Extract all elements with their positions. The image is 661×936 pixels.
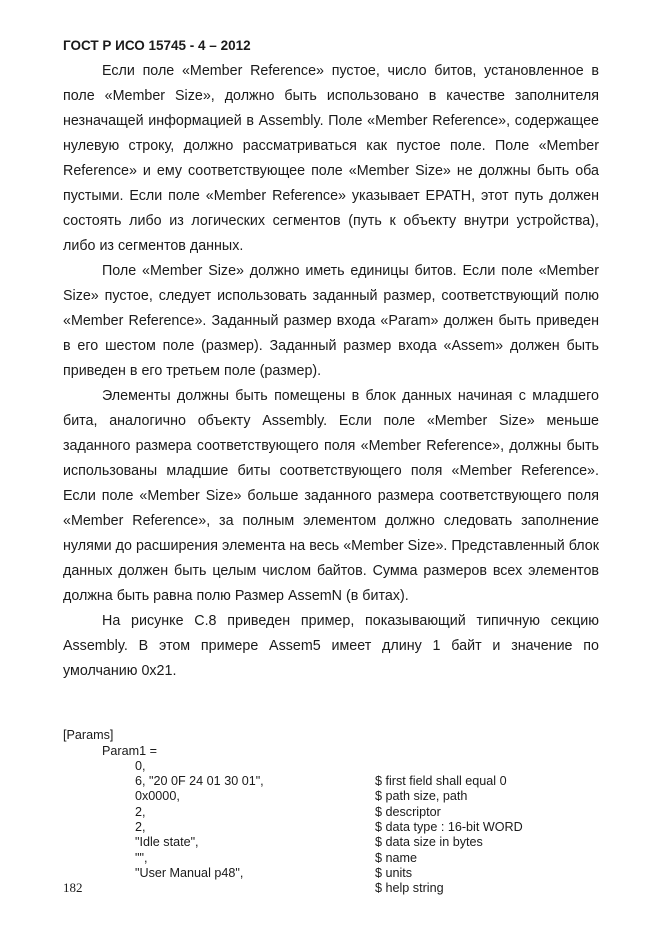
code-comment: $ data size in bytes — [375, 835, 483, 850]
paragraph-example: На рисунке С.8 приведен пример, показыва… — [63, 609, 599, 684]
code-value: 0, — [135, 759, 146, 774]
code-line: 2, $ data size in bytes — [63, 805, 77, 820]
code-comment: $ help string — [375, 881, 444, 896]
code-value: 2, — [135, 820, 146, 835]
paragraph-member-reference: Если поле «Member Reference» пустое, чис… — [63, 59, 599, 259]
code-comment: $ data type : 16-bit WORD — [375, 820, 523, 835]
code-line: "User Manual p48", $ help string — [63, 851, 77, 866]
page-number: 182 — [63, 880, 83, 896]
code-line: 6, "20 0F 24 01 30 01", $ path size, pat… — [63, 759, 77, 774]
code-entry-line: Param1 = — [63, 728, 77, 743]
code-line: 0x0000, $ descriptor — [63, 774, 77, 789]
body-text: Если поле «Member Reference» пустое, чис… — [63, 59, 599, 684]
code-example: [Params] Param1 = 0, $ first field shall… — [63, 713, 77, 866]
code-line: 2, $ data type : 16-bit WORD — [63, 789, 77, 804]
code-line: "Idle state", $ name — [63, 820, 77, 835]
code-comment: $ name — [375, 851, 417, 866]
code-comment: $ first field shall equal 0 — [375, 774, 507, 789]
code-value: "", — [135, 851, 147, 866]
code-comment: $ descriptor — [375, 805, 441, 820]
code-line: "", $ units — [63, 835, 77, 850]
document-header: ГОСТ Р ИСО 15745 - 4 – 2012 — [63, 38, 251, 53]
code-comment: $ path size, path — [375, 789, 467, 804]
code-value: 2, — [135, 805, 146, 820]
code-value: "User Manual p48", — [135, 866, 243, 881]
code-section-line: [Params] — [63, 713, 77, 728]
code-entry: Param1 = — [102, 744, 157, 759]
paragraph-elements: Элементы должны быть помещены в блок дан… — [63, 384, 599, 609]
code-comment: $ units — [375, 866, 412, 881]
code-line: 0, $ first field shall equal 0 — [63, 744, 77, 759]
code-value: 6, "20 0F 24 01 30 01", — [135, 774, 264, 789]
paragraph-member-size: Поле «Member Size» должно иметь единицы … — [63, 259, 599, 384]
code-value: 0x0000, — [135, 789, 180, 804]
code-value: "Idle state", — [135, 835, 199, 850]
